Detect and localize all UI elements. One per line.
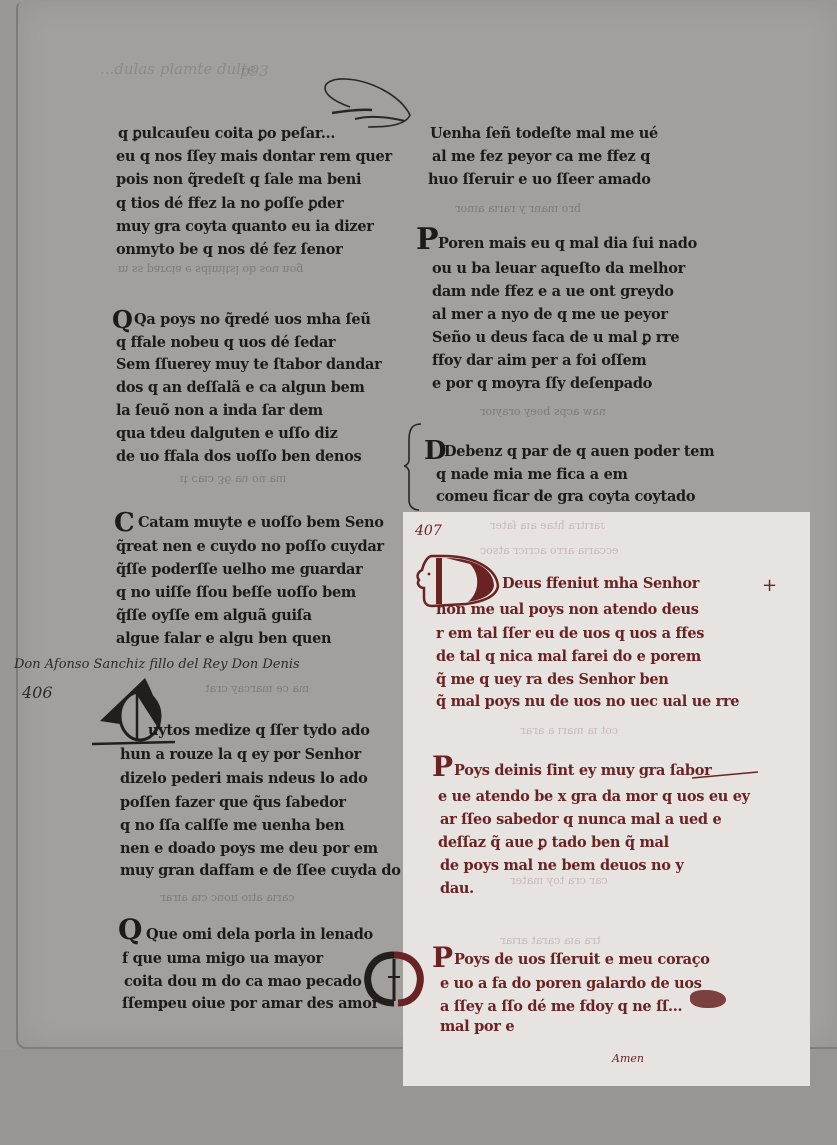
verse-line: hun a rouze la q ey por Senhor	[120, 748, 361, 763]
verse-line: e por q moyra ſſy deſenpado	[432, 377, 652, 392]
verse-line: ar ſſeo sabedor q nunca mal a ued e	[440, 813, 721, 828]
verse-line: algue falar e algu ben quen	[116, 632, 331, 647]
verse-line: f que uma migo ua mayor	[122, 952, 323, 967]
ink-blot	[690, 990, 726, 1008]
verse-line: de tal q nica mal farei do e porem	[436, 650, 701, 665]
verse-line: q no ſſa calſſe me uenha ben	[120, 819, 344, 834]
verse-line: al me fez peyor ca me ffez q	[432, 150, 650, 165]
poet-attribution: Don Afonso Sanchiz fillo del Rey Don Den…	[14, 657, 300, 672]
verse-line: Poys deinis ſint ey muy gra ſabor	[454, 764, 711, 779]
verse-line: dos q an deſſalã e ca algun bem	[116, 381, 365, 396]
initial-capital: P	[432, 944, 453, 972]
verse-line: Catam muyte e uoſſo bem Seno	[138, 516, 384, 531]
verse-line: r em tal ſſer eu de uos q uos a ffes	[436, 627, 704, 642]
verse-line: q̃ mal poys nu de uos no uec ual ue rre	[436, 695, 739, 710]
bleed-through-text: m ss parcia e sdimitsl ob sou nog	[118, 263, 303, 276]
verse-line: e ue atendo be x gra da mor q uos eu ey	[438, 790, 750, 805]
underline-stroke	[690, 770, 760, 780]
verse-line: comeu ficar de gra coyta coytado	[436, 490, 695, 505]
initial-capital: P	[432, 753, 453, 781]
verse-line: Poren mais eu q mal dia ſui nado	[438, 237, 697, 252]
verse-line: dam nde ffez e a ue ont greydo	[432, 285, 674, 300]
verse-line: q ffale nobeu q uos dé ſedar	[116, 336, 335, 351]
verse-line: poſſen fazer que q̃us ſabedor	[120, 796, 346, 811]
bleed-through-text: ɹoıʎɐɹo ʎǝoq sdɔɐ ʍɐu	[480, 406, 606, 419]
verse-line: ſſempeu oiue por amar des amor	[122, 997, 379, 1012]
bleed-through-text: ɹɐɹɐ ɐ ıɹɐɯ ɐı ʇoɔ	[520, 725, 618, 738]
verse-line: deſſaz q̃ aue ꝑ tado ben q̃ mal	[438, 836, 669, 851]
verse-line: qua tdeu dalguten e uſſo diz	[116, 427, 338, 442]
verse-line: q no uiſſe ſſou beſſe uoſſo bem	[116, 586, 356, 601]
initial-capital: Q	[118, 916, 142, 944]
verse-line: eu q nos ſſey mais dontar rem quer	[116, 150, 392, 165]
verse-line: nen e doado poys me deu por em	[120, 842, 378, 857]
verse-line: ou u ba leuar aqueſto da melhor	[432, 262, 685, 277]
verse-line: uytos medize q ſſer tydo ado	[148, 724, 370, 739]
folio-number: 407	[415, 523, 442, 539]
verse-line: q̃ me q uey ra des Senhor ben	[436, 673, 669, 688]
bleed-through-text: ɹǝʇɐɟ ɐıɐ ǝɐʇɥ ɐɹʇıɹɐɾ	[490, 520, 605, 533]
verse-line: q ꝑulcauſeu coita ꝑo peſar...	[118, 127, 335, 142]
verse-line: Deus ffeniut mha Senhor	[502, 577, 699, 592]
bleed-through-text: ɹouıɐ ɐıɹɐɹ ʎ ɹuɐɯ oɹq	[455, 203, 581, 216]
annotation-amen: Amen	[612, 1052, 644, 1065]
verse-line: e uo a fa do poren galardo de uos	[440, 977, 702, 992]
verse-line: dizelo pederi mais ndeus lo ado	[120, 772, 368, 787]
verse-line: non me ual poys non atendo deus	[436, 603, 699, 618]
bleed-through-text: ʇɐɹɔ ʎɐɔɹɐɯ ǝɔ ɐɯ	[205, 683, 309, 696]
verse-line: ffoy dar aim per a foi oſſem	[432, 354, 646, 369]
verse-line: q tios dé ffez la no ꝑoſſe ꝑder	[116, 197, 343, 212]
bleed-through-text: ɹɐıɹɐ ʇɐɹɐɔ ɐıɐ ɐɹʇ	[500, 935, 600, 948]
verse-line: Seño u deus faca de u mal ꝑ rre	[432, 331, 679, 346]
verse-line: de poys mal ne bem deuos no y	[440, 859, 684, 874]
verse-line: Qa poys no q̃redé uos mha ſeũ	[134, 313, 371, 328]
verse-line: a ſſey a ſſo dé me fdoy q ne ſſ...	[440, 1000, 682, 1015]
verse-line: Uenha ſeñ todeſte mal me ué	[430, 127, 658, 142]
verse-line: de uo ffala dos uoſſo ben denos	[116, 450, 361, 465]
initial-capital: P	[416, 225, 439, 255]
verse-line: onmyto be q nos dé fez ſenor	[116, 243, 343, 258]
verse-line: q̃ſſe oyſſe em alguã guiſa	[116, 609, 312, 624]
bleed-through-text: ıt cɐıɔ 36 ɐu ou ɐuı	[180, 473, 286, 486]
margin-cross-mark: +	[762, 575, 777, 596]
verse-line: q̃ſſe poderſſe uelho me guardar	[116, 563, 363, 578]
verse-line: q̃reat nen e cuydo no poſſo cuydar	[116, 540, 384, 555]
decorated-initial-m	[364, 953, 424, 1005]
verse-line: q nade mia me fica a em	[436, 468, 628, 483]
verse-line: Sem ſſuerey muy te ſtabor dandar	[116, 358, 381, 373]
verse-line: dau.	[440, 882, 474, 897]
verse-line: coita dou m do ca mao pecado	[124, 975, 362, 990]
faint-page-number: p93	[240, 62, 269, 80]
folio-number: 406	[22, 683, 53, 702]
bracket-mark	[403, 420, 423, 512]
verse-line: Poys de uos ſſeruit e meu coraço	[454, 953, 710, 968]
initial-capital: Q	[112, 308, 133, 332]
initial-capital: C	[114, 510, 135, 536]
bleed-through-text: ɹɐɹıɐ ɐıɔ ɔuoπ oıʇɐ ɐıɹɐɔ	[160, 892, 294, 905]
faint-header-text: ...dulas plamte dulte	[100, 60, 256, 78]
verse-line: muy gra coyta quanto eu ia dizer	[116, 220, 374, 235]
bleed-through-text: ɹǝʇɐɯ ʎoʇ ɐɹɔ ɹɐɔ	[510, 875, 608, 888]
verse-line: Debenz q par de q auen poder tem	[444, 445, 714, 460]
verse-line: muy gran daffam e de ſſee cuyda do	[120, 864, 401, 879]
verse-line: mal por e	[440, 1020, 514, 1035]
verse-line: huo ſſeruir e uo ſſeer amado	[428, 173, 651, 188]
verse-line: pois non q̃redeſt q ſale ma beni	[116, 173, 361, 188]
verse-line: la ſeuõ non a inda ſar dem	[116, 404, 323, 419]
verse-line: Que omi dela porla in lenado	[146, 928, 373, 943]
verse-line: al mer a nyo de q me ue peyor	[432, 308, 668, 323]
